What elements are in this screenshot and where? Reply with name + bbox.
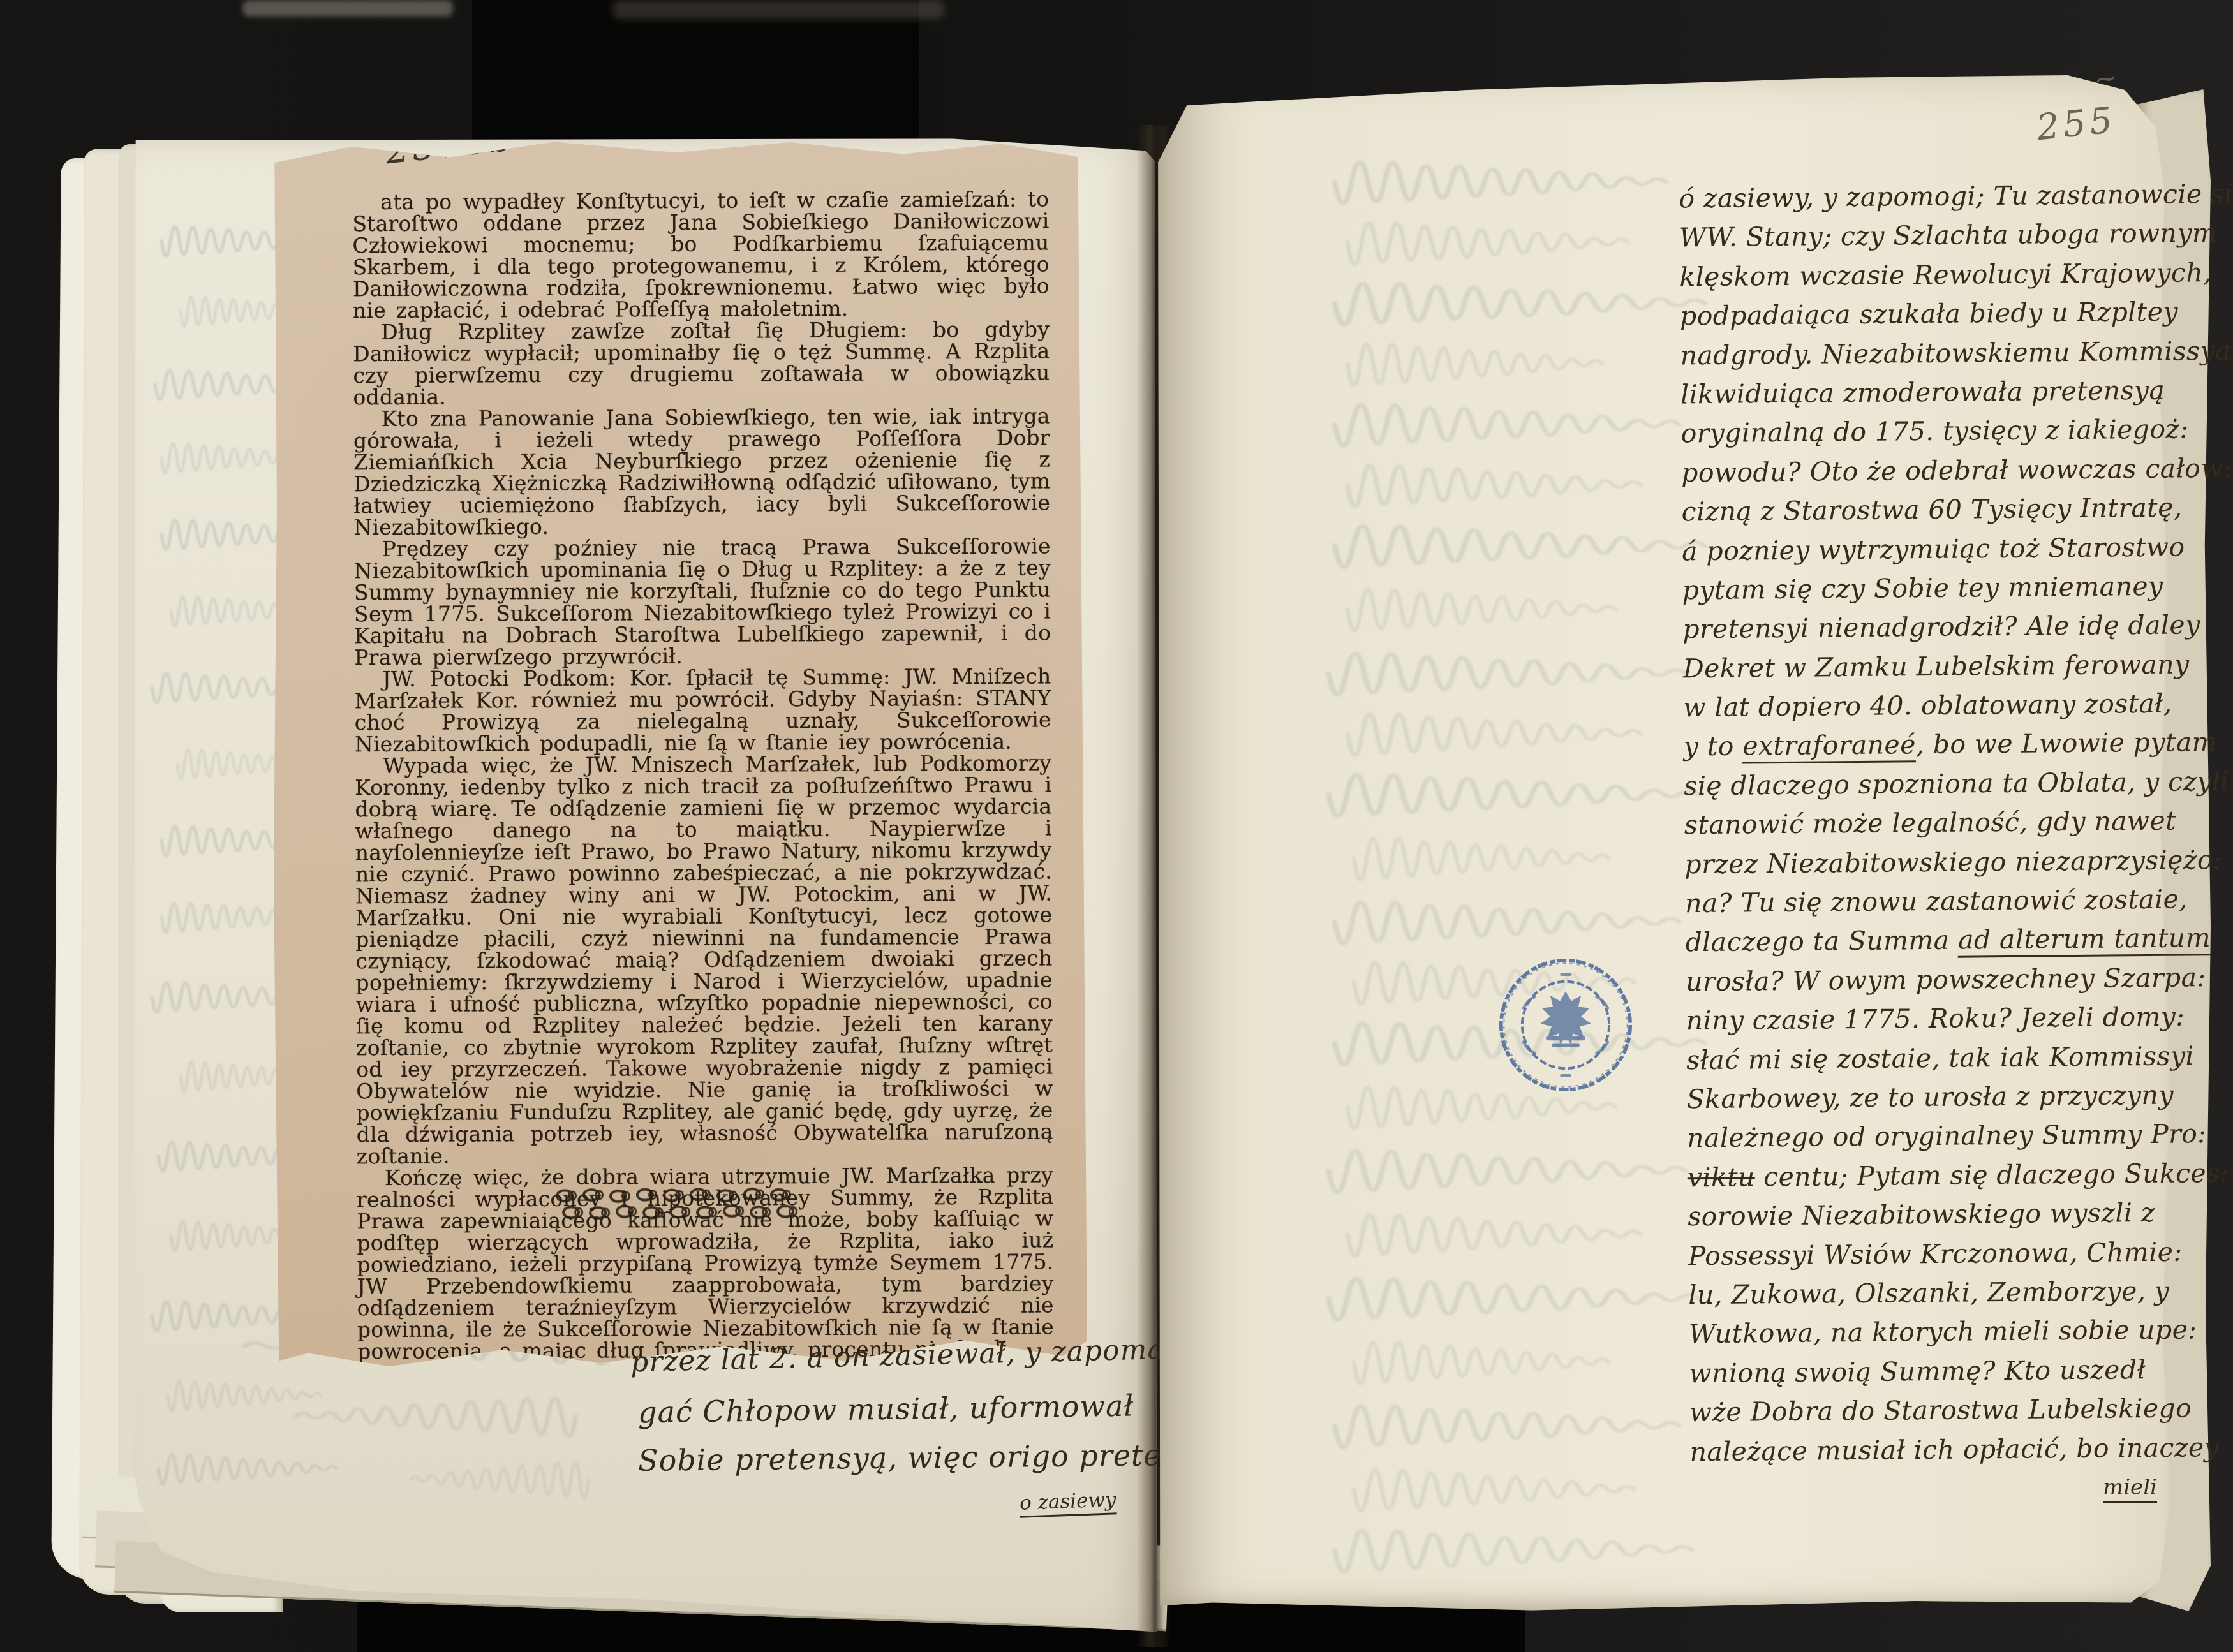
manuscript-line: słać mi się zostaie, tak iak Kommissyi	[1686, 1040, 2178, 1084]
printed-paragraph: Dług Rzplitey zawſze zoſtał ſię Długiem:…	[353, 318, 1050, 408]
manuscript-line: sorowie Niezabitowskiego wyszli z	[1688, 1197, 2179, 1241]
manuscript-line: Dekret w Zamku Lubelskim ferowany	[1683, 649, 2175, 692]
manuscript-line: pretensyi nienadgrodził? Ale idę daley	[1682, 610, 2174, 653]
manuscript-line: WW. Stany; czy Szlachta uboga rownym	[1679, 218, 2171, 262]
manuscript-line: wnioną swoią Summę? Kto uszedł	[1689, 1353, 2181, 1397]
manuscript-line: oryginalną do 175. tysięcy z iakiegoż:	[1680, 414, 2172, 457]
printed-paragraph: Kto zna Panowanie Jana Sobiewſkiego, ten…	[353, 405, 1051, 538]
printed-paragraph: ata po wypadłey Konſtytucyi, to ieſt w c…	[352, 188, 1050, 321]
manuscript-line: wże Dobra do Starostwa Lubelskiego	[1689, 1393, 2181, 1436]
manuscript-line: Skarbowey, ze to urosła z przyczyny	[1686, 1080, 2178, 1123]
manuscript-line: należnego od oryginalney Summy Pro:	[1687, 1119, 2179, 1162]
printed-paragraph: Wypada więc, że JW. Mniszech Marſzałek, …	[355, 752, 1053, 1167]
manuscript-line: y to extraforaneé, bo we Lwowie pytam	[1684, 727, 2176, 771]
manuscript-line: należące musiał ich opłacić, bo inaczey	[1689, 1432, 2181, 1475]
manuscript-line: Wutkowa, na ktorych mieli sobie upe:	[1689, 1315, 2181, 1358]
manuscript-line: Sobie pretensyą, więc origo pretensyi	[638, 1437, 1224, 1478]
manuscript-line: powodu? Oto że odebrał wowczas całow:	[1681, 453, 2173, 496]
manuscript-line: dlaczego ta Summa ad alterum tantum	[1685, 923, 2177, 966]
manuscript-line: Possessyi Wsiów Krczonowa, Chmie:	[1688, 1236, 2180, 1280]
manuscript-line: stanowić może legalność, gdy nawet	[1684, 806, 2176, 849]
manuscript-line: się dlaczego spozniona ta Oblata, y czyl…	[1684, 767, 2176, 810]
manuscript-line: niny czasie 1775. Roku? Jezeli domy:	[1686, 1001, 2177, 1045]
pasted-printed-slip: 254ob ata po wypadłey Konſtytucyi, to ie…	[271, 135, 1087, 1369]
manuscript-line: cizną z Starostwa 60 Tysięcy Intratę,	[1681, 492, 2173, 536]
catchword-right: mieli	[2103, 1475, 2157, 1500]
manuscript-line: podpadaiąca szukała biedy u Rzpltey	[1680, 297, 2172, 340]
manuscript-line: pytam się czy Sobie tey mniemaney	[1682, 571, 2174, 614]
backdrop-page-edge-glint	[612, 0, 944, 19]
folio-number-right: 255	[2035, 100, 2118, 149]
backdrop-dark-patch	[472, 0, 919, 148]
printed-paragraph: Prędzey czy poźniey nie tracą Prawa Sukc…	[354, 535, 1051, 668]
backdrop-page-edge-glint	[242, 0, 453, 17]
manuscript-line: urosła? W owym powszechney Szarpa:	[1686, 962, 2177, 1005]
manuscript-line: w lat dopiero 40. oblatowany został,	[1683, 688, 2175, 732]
folio-number-ghost: ~	[2092, 61, 2120, 97]
manuscript-line: likwiduiąca zmoderowała pretensyą	[1680, 375, 2172, 418]
manuscript-line: przez Niezabitowskiego niezaprzysiężo:	[1684, 844, 2176, 888]
manuscript-line: gać Chłopow musiał, uformował	[638, 1389, 1134, 1430]
manuscript-line: viktu centu; Pytam się dlaczego Sukces:	[1688, 1158, 2179, 1201]
catchword-left: o zasiewy	[1019, 1488, 1116, 1514]
manuscript-line: klęskom wczasie Rewolucyi Krajowych,	[1679, 257, 2171, 300]
chain-ornament-divider-icon	[556, 1186, 811, 1223]
manuscript-line: nadgrody. Niezabitowskiemu Kommissya	[1680, 336, 2172, 379]
manuscript-line: á pozniey wytrzymuiąc toż Starostwo	[1682, 531, 2174, 575]
round-archive-eagle-stamp-icon	[1495, 954, 1636, 1096]
manuscript-line: na? Tu się znowu zastanowić zostaie,	[1685, 884, 2177, 927]
printed-paragraph: JW. Potocki Podkom: Kor. ſpłacił tę Summ…	[354, 665, 1051, 755]
book-spread-scan: 254ob ata po wypadłey Konſtytucyi, to ie…	[0, 0, 2233, 1652]
manuscript-line: lu, Zukowa, Olszanki, Zemborzye, y	[1688, 1276, 2180, 1319]
manuscript-text-column: ó zasiewy, y zapomogi; Tu zastanowcie si…	[1679, 179, 2181, 1476]
manuscript-line: ó zasiewy, y zapomogi; Tu zastanowcie si…	[1679, 179, 2170, 223]
